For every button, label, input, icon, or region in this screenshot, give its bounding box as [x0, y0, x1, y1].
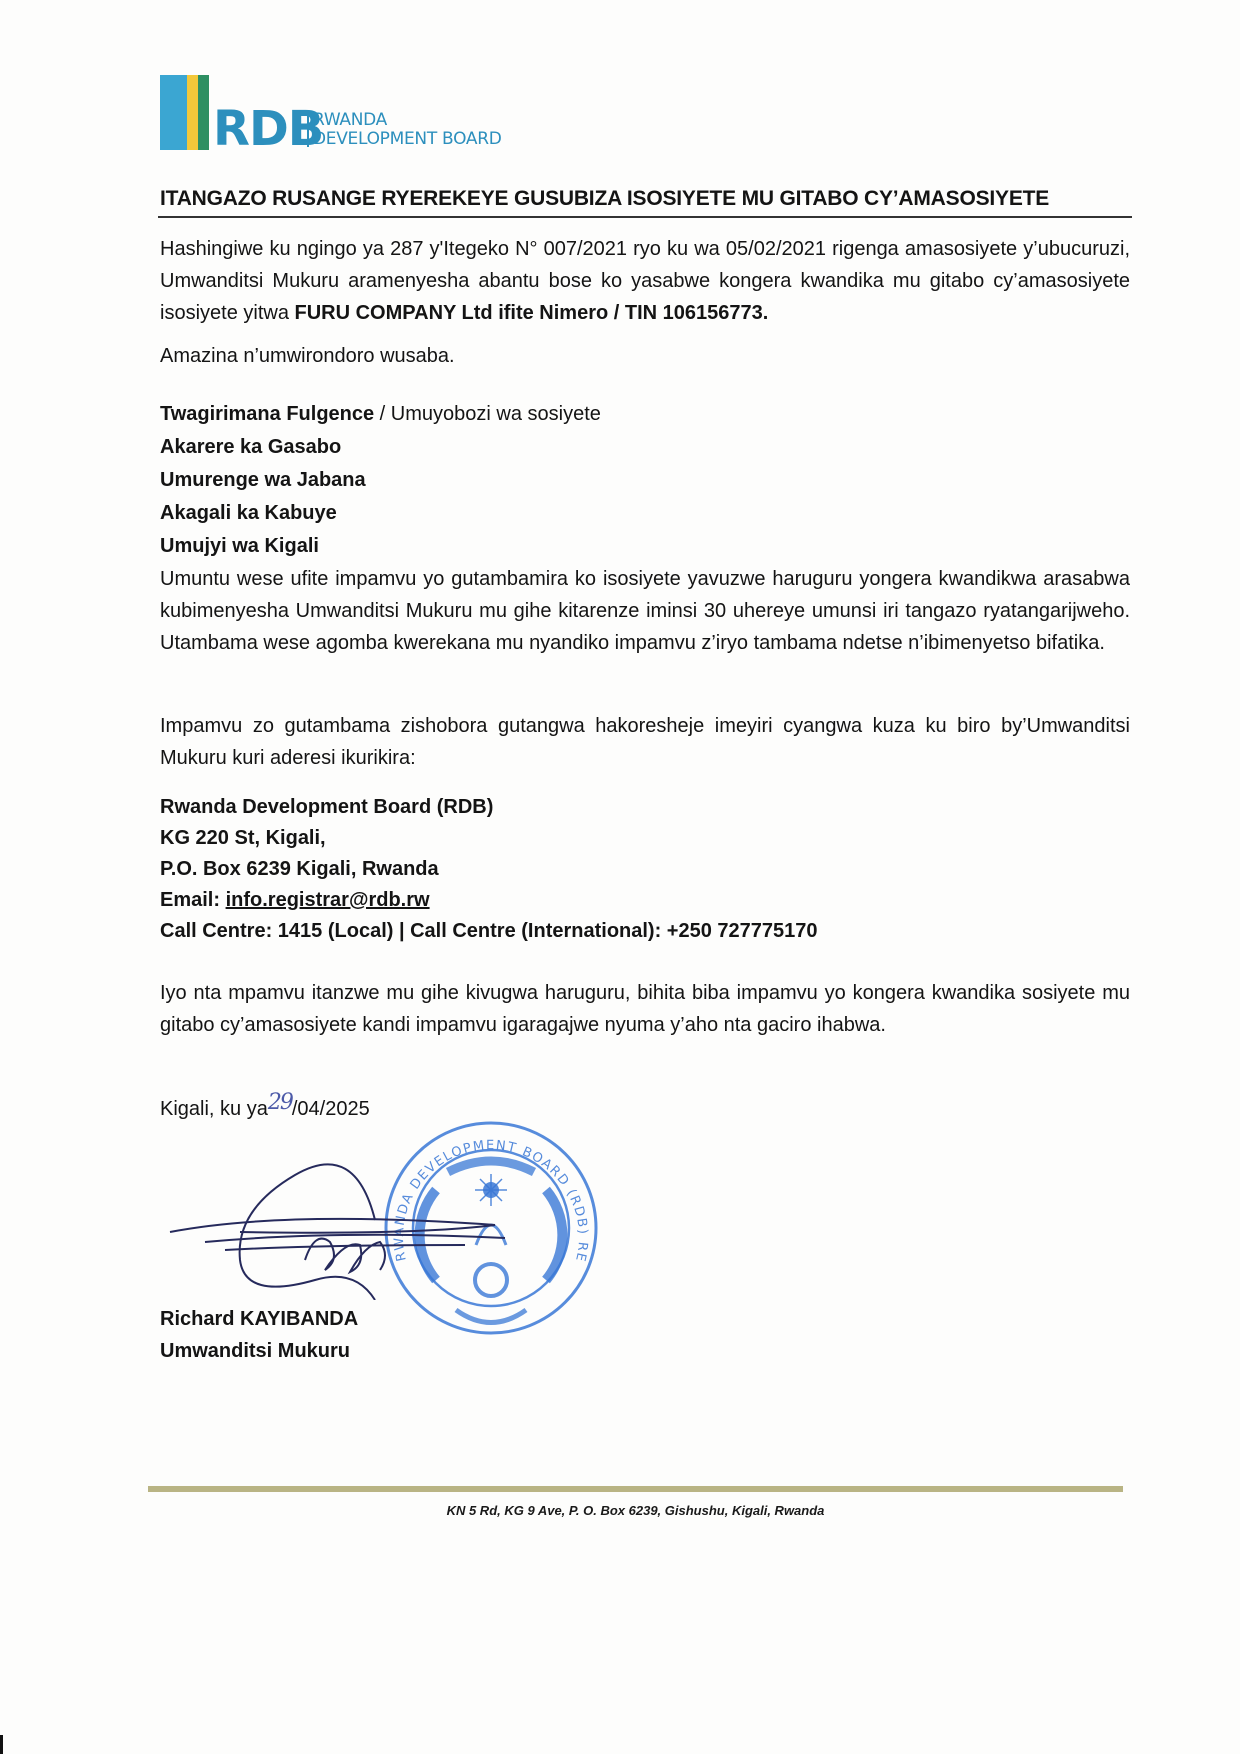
- address-email-line: Email: info.registrar@rdb.rw: [160, 884, 430, 916]
- applicant-heading: Amazina n’umwirondoro wusaba.: [160, 340, 455, 372]
- address-po-box: P.O. Box 6239 Kigali, Rwanda: [160, 853, 439, 885]
- applicant-name: Twagirimana Fulgence: [160, 403, 374, 425]
- logo-name-line2: DEVELOPMENT BOARD: [313, 130, 502, 149]
- closing-paragraph: Iyo nta mpamvu itanzwe mu gihe kivugwa h…: [160, 977, 1130, 1041]
- applicant-sector: Umurenge wa Jabana: [160, 464, 366, 496]
- applicant-role: / Umuyobozi wa sosiyete: [374, 403, 601, 425]
- company-identifier: FURU COMPANY Ltd ifite Nimero / TIN 1061…: [295, 302, 769, 324]
- applicant-district: Akarere ka Gasabo: [160, 431, 341, 463]
- notice-title: ITANGAZO RUSANGE RYEREKEYE GUSUBIZA ISOS…: [160, 186, 1132, 212]
- address-call-centre: Call Centre: 1415 (Local) | Call Centre …: [160, 915, 818, 947]
- logo-org-name: RWANDA DEVELOPMENT BOARD: [313, 111, 502, 149]
- applicant-city: Umujyi wa Kigali: [160, 530, 319, 562]
- applicant-cell: Akagali ka Kabuye: [160, 497, 337, 529]
- title-underline: [158, 216, 1132, 218]
- date-prefix: Kigali, ku ya: [160, 1098, 268, 1120]
- logo-flag-blue-bar: [160, 75, 187, 150]
- applicant-name-line: Twagirimana Fulgence / Umuyobozi wa sosi…: [160, 398, 601, 430]
- logo-separator: [307, 113, 309, 147]
- signatory-name: Richard KAYIBANDA: [160, 1303, 358, 1336]
- footer-address: KN 5 Rd, KG 9 Ave, P. O. Box 6239, Gishu…: [148, 1503, 1123, 1518]
- email-link[interactable]: info.registrar@rdb.rw: [226, 889, 430, 911]
- address-org: Rwanda Development Board (RDB): [160, 791, 493, 823]
- signature-icon: [165, 1150, 545, 1300]
- signatory-title: Umwanditsi Mukuru: [160, 1335, 350, 1368]
- date-suffix: /04/2025: [292, 1098, 370, 1120]
- handwritten-day: 29: [268, 1090, 292, 1115]
- date-line: Kigali, ku ya29/04/2025: [160, 1095, 370, 1123]
- submission-paragraph: Impamvu zo gutambama zishobora gutangwa …: [160, 710, 1130, 774]
- intro-paragraph: Hashingiwe ku ngingo ya 287 y'Itegeko N°…: [160, 233, 1130, 329]
- logo-flag-yellow-bar: [187, 75, 198, 150]
- address-street: KG 220 St, Kigali,: [160, 822, 326, 854]
- email-label: Email:: [160, 889, 226, 911]
- footer-rule: [148, 1486, 1123, 1492]
- logo-flag-green-bar: [198, 75, 209, 150]
- document-page: RDB RWANDA DEVELOPMENT BOARD ITANGAZO RU…: [0, 0, 1240, 1754]
- scan-margin-mark: [0, 1735, 3, 1754]
- objection-paragraph: Umuntu wese ufite impamvu yo gutambamira…: [160, 563, 1130, 659]
- logo-name-line1: RWANDA: [313, 111, 502, 130]
- rdb-logo: RDB RWANDA DEVELOPMENT BOARD: [160, 75, 520, 150]
